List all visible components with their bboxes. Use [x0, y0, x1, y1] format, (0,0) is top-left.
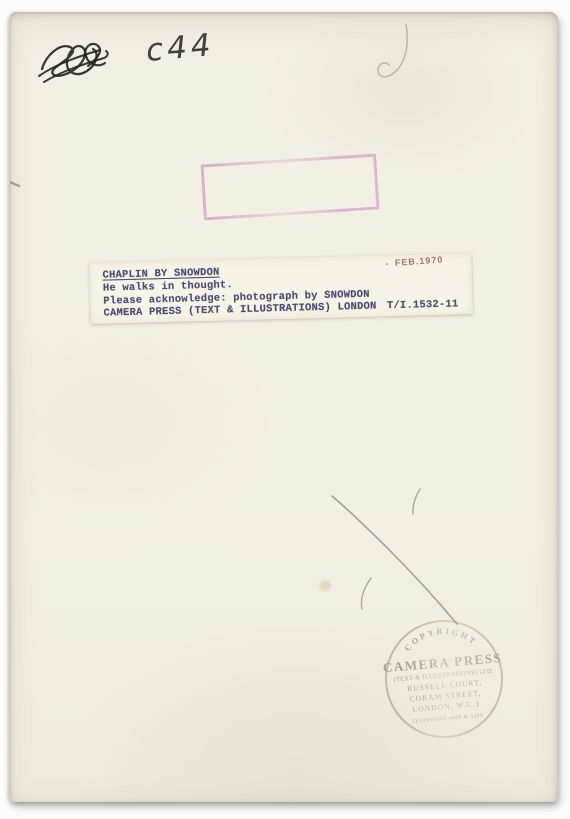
copyright-stamp: COPYRIGHT CAMERA PRESS (TEXT & ILLUSTRAT…	[377, 612, 511, 746]
copyright-stamp-phone: TELEPHONE 4408 & 5203	[412, 713, 484, 725]
crossed-out-scribble	[36, 36, 112, 86]
small-pencil-curve-2	[361, 578, 371, 609]
photo-back-paper: c44 - FEB.1970 CHAPLIN BY SNOWDON He wal…	[10, 12, 558, 802]
caption-label: - FEB.1970 CHAPLIN BY SNOWDON He walks i…	[89, 253, 472, 324]
scan-background: c44 - FEB.1970 CHAPLIN BY SNOWDON He wal…	[0, 0, 570, 819]
edge-nick-mark	[10, 182, 19, 186]
caption-reference: T/I.1532-11	[387, 299, 459, 314]
empty-stamp-outline	[200, 154, 379, 221]
scratch-mark-top	[378, 24, 407, 77]
handwritten-code: c44	[145, 27, 216, 69]
diagonal-crease	[332, 496, 457, 624]
small-pencil-curve-1	[413, 489, 420, 514]
